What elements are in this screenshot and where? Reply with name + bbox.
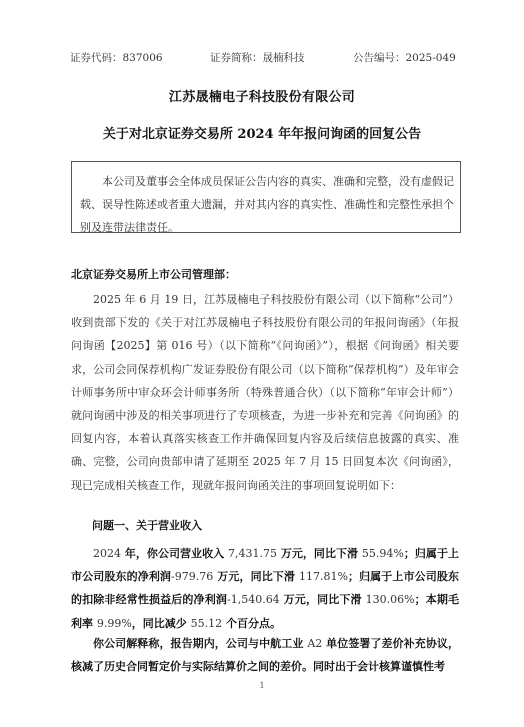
salutation: 北京证券交易所上市公司管理部： — [71, 266, 236, 282]
intro-paragraph: 2025 年 6 月 19 日，江苏晟楠电子科技股份有限公司（以下简称“公司”）… — [71, 288, 459, 497]
figure-value: -979.76 — [171, 570, 213, 583]
figure-value: 55.94% — [362, 547, 404, 560]
announcement-number: 公告编号：2025-049 — [353, 50, 456, 65]
disclaimer-box: 本公司及董事会全体成员保证公告内容的真实、准确和完整，没有虚假记载、误导性陈述或… — [71, 161, 461, 233]
text-run: 你公司解释称，报告期内，公司与中航工业 — [93, 637, 307, 650]
text-run: 年，你公司营业收入 — [121, 547, 228, 560]
text-run: 万元，同比下滑 — [213, 570, 299, 583]
company-name: 江苏晟楠电子科技股份有限公司 — [0, 86, 524, 105]
text-run: 万元，同比下滑 — [280, 593, 366, 606]
question-one-title: 问题一、关于营业收入 — [92, 517, 202, 533]
document-page: 证券代码：837006 证券简称：晟楠科技 公告编号：2025-049 江苏晟楠… — [0, 0, 524, 727]
question-one-paragraph: 2024 年，你公司营业收入 7,431.75 万元，同比下滑 55.94%；归… — [71, 542, 459, 635]
figure-value: -1,540.64 — [227, 593, 280, 606]
stock-code: 证券代码：837006 — [70, 50, 163, 65]
text-run: 个百分点。 — [222, 617, 281, 630]
announcement-title: 关于对北京证券交易所 2024 年年报问询函的回复公告 — [0, 123, 524, 142]
figure-value: 130.06% — [366, 593, 415, 606]
text-run: 万元，同比下滑 — [277, 547, 362, 560]
figure-value: 55.12 — [191, 617, 223, 630]
figure-value: 7,431.75 — [228, 547, 277, 560]
document-header: 证券代码：837006 证券简称：晟楠科技 公告编号：2025-049 — [0, 50, 524, 66]
stock-short-name: 证券简称：晟楠科技 — [210, 50, 305, 65]
figure-value: 117.81% — [299, 570, 348, 583]
figure-value: 9.99% — [97, 617, 132, 630]
page-number: 1 — [0, 681, 524, 690]
figure-value: 2024 — [93, 547, 121, 560]
question-one-explanation: 你公司解释称，报告期内，公司与中航工业 A2 单位签署了差价补充协议，核减了历史… — [71, 632, 459, 678]
figure-value: A2 — [307, 637, 322, 650]
text-run: ，同比减少 — [132, 617, 191, 630]
